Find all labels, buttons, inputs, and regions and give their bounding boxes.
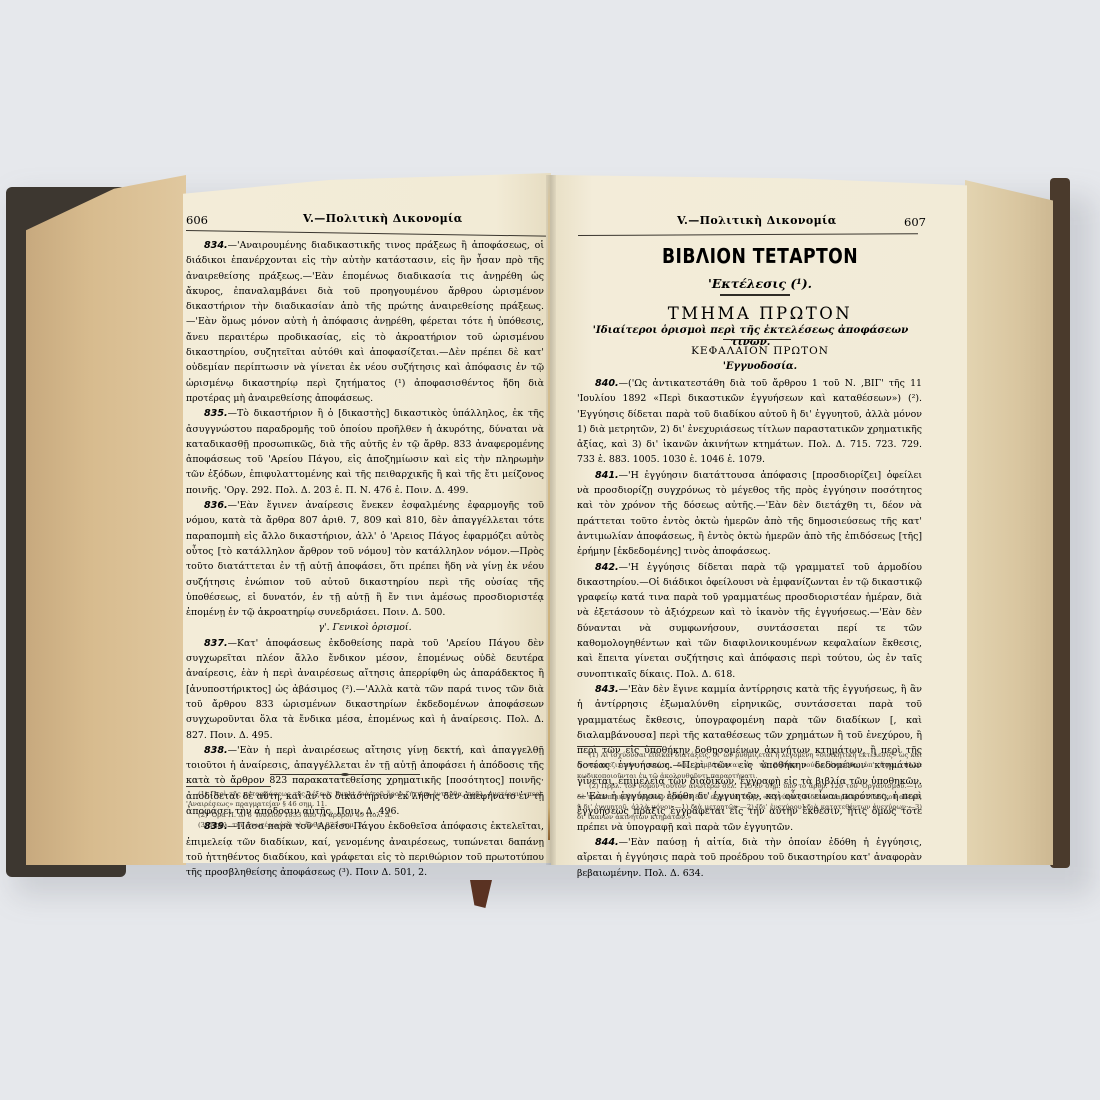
book-title: ΒΙΒΛΙΟΝ ΤΕΤΑΡΤΟΝ <box>622 244 897 268</box>
book-subtitle: 'Εκτέλεσις (¹). <box>600 276 920 291</box>
article-841: 841.—'Η ἐγγύησιν διατάττουσα ἀπόφασις [π… <box>577 468 922 560</box>
right-page-number: 607 <box>904 215 926 229</box>
left-running-header: V.—Πολιτικὴ Δικονομία <box>303 212 463 225</box>
chapter-subtitle: 'Εγγυοδοσία. <box>600 361 920 372</box>
title-divider <box>720 294 790 296</box>
right-running-header: V.—Πολιτικὴ Δικονομία <box>677 214 837 227</box>
book-cover-right <box>1050 178 1070 868</box>
article-835: 835.—Τὸ δικαστήριον ἢ ὁ [δικαστὴς] δικασ… <box>186 406 544 498</box>
article-837: 837.—Κατ' ἀποφάσεως ἐκδοθείσης παρὰ τοῦ … <box>186 636 544 743</box>
part-divider <box>723 339 791 340</box>
right-footnotes: (1) Αἱ ἰσχύουσαι εἰδικαὶ διατάξεις, δι' … <box>577 750 922 823</box>
right-footnote-rule <box>577 746 662 747</box>
article-844: 844.—'Εὰν παύσῃ ἡ αἰτία, διὰ τὴν ὁποίαν … <box>577 835 922 881</box>
left-body: 834.—'Αναιρουμένης διαδικαστικῆς τινος π… <box>186 238 544 880</box>
footnote-2: (2) 'Ορα Π. Δ. 8 'Ιουλίου 1833 ὑπὸ τὸ ἄρ… <box>186 810 542 820</box>
section-heading-general: γ'. Γενικοὶ ὁρισμοί. <box>186 620 544 635</box>
end-ornament-dot <box>341 773 349 776</box>
binding-thread <box>548 180 550 840</box>
article-840: 840.—('Ως ἀντικατεστάθη διὰ τοῦ ἄρθρου 1… <box>577 376 922 468</box>
page-edges-left <box>26 175 186 865</box>
chapter-title: ΚΕΦΑΛΑΙΟΝ ΠΡΩΤΟΝ <box>600 345 920 357</box>
footnote-r2: (2) Πρβλ. τὸν νόμον τοῦτον ἀνωτέρω σελ. … <box>577 781 922 823</box>
page-edges-right <box>965 180 1053 865</box>
article-836: 836.—'Εὰν ἔγινεν ἀναίρεσις ἕνεκεν ἐσφαλμ… <box>186 498 544 620</box>
left-footnote-rule <box>186 786 271 787</box>
article-842: 842.—'Η ἐγγύησις δίδεται παρὰ τῷ γραμματ… <box>577 560 922 682</box>
article-834: 834.—'Αναιρουμένης διαδικαστικῆς τινος π… <box>186 238 544 406</box>
footnote-3: (3) Πρβλ. τὴν ἀνωτέρω ὑπὸ τὸ ἄρθρ. 823 σ… <box>186 820 542 830</box>
footnote-r1: (1) Αἱ ἰσχύουσαι εἰδικαὶ διατάξεις, δι' … <box>577 750 922 781</box>
footnote-1: (1) Περὶ τῆς μεταφράσεως τῆς λέξεως Punk… <box>186 789 542 810</box>
left-footnotes: (1) Περὶ τῆς μεταφράσεως τῆς λέξεως Punk… <box>186 789 542 831</box>
left-page-number: 606 <box>186 213 208 227</box>
part-title: ΤΜΗΜΑ ΠΡΩΤΟΝ <box>590 304 930 323</box>
